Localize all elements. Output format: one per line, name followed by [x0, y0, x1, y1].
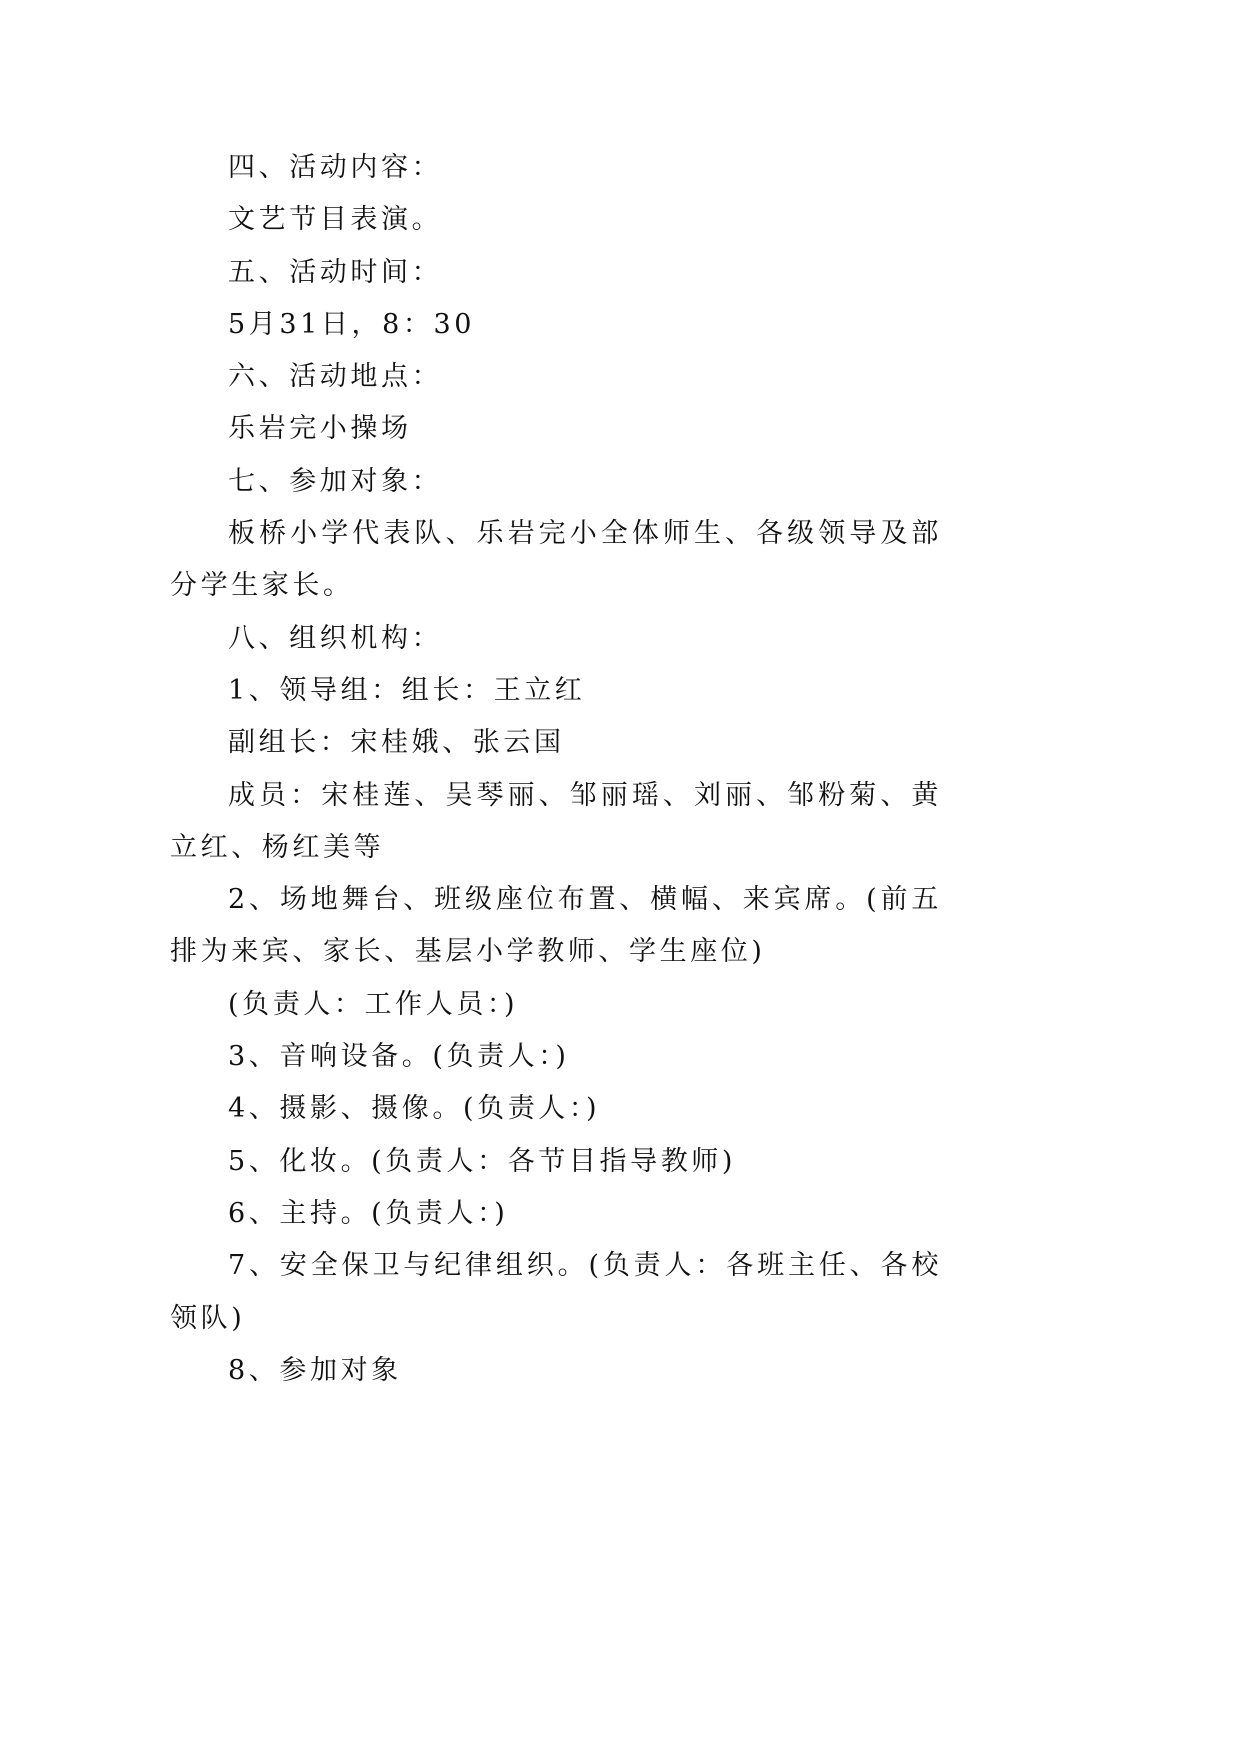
document-page: 四、活动内容： 文艺节目表演。 五、活动时间： 5月31日，8：30 六、活动地… — [170, 142, 942, 1397]
org-item-leadership-group: 1、领导组：组长：王立红 — [170, 665, 942, 717]
section-heading-activity-time: 五、活动时间： — [170, 247, 942, 299]
section-heading-activity-location: 六、活动地点： — [170, 351, 942, 403]
section-heading-activity-content: 四、活动内容： — [170, 142, 942, 194]
org-item-participants: 8、参加对象 — [170, 1345, 942, 1397]
org-members: 成员：宋桂莲、吴琴丽、邹丽瑶、刘丽、邹粉菊、黄立红、杨红美等 — [170, 770, 942, 875]
activity-content-text: 文艺节目表演。 — [170, 194, 942, 246]
org-item-security: 7、安全保卫与纪律组织。(负责人：各班主任、各校领队) — [170, 1240, 942, 1345]
org-item-sound-equipment: 3、音响设备。(负责人：) — [170, 1031, 942, 1083]
org-item-venue-setup: 2、场地舞台、班级座位布置、横幅、来宾席。(前五排为来宾、家长、基层小学教师、学… — [170, 874, 942, 979]
participants-text: 板桥小学代表队、乐岩完小全体师生、各级领导及部分学生家长。 — [170, 508, 942, 613]
org-item-photography: 4、摄影、摄像。(负责人：) — [170, 1083, 942, 1135]
org-item-venue-staff: (负责人：工作人员：) — [170, 979, 942, 1031]
org-item-makeup: 5、化妆。(负责人：各节目指导教师) — [170, 1136, 942, 1188]
org-item-host: 6、主持。(负责人：) — [170, 1188, 942, 1240]
section-heading-participants: 七、参加对象： — [170, 456, 942, 508]
activity-location-text: 乐岩完小操场 — [170, 403, 942, 455]
section-heading-organization: 八、组织机构： — [170, 613, 942, 665]
activity-time-text: 5月31日，8：30 — [170, 299, 942, 351]
org-deputy-leaders: 副组长：宋桂娥、张云国 — [170, 717, 942, 769]
